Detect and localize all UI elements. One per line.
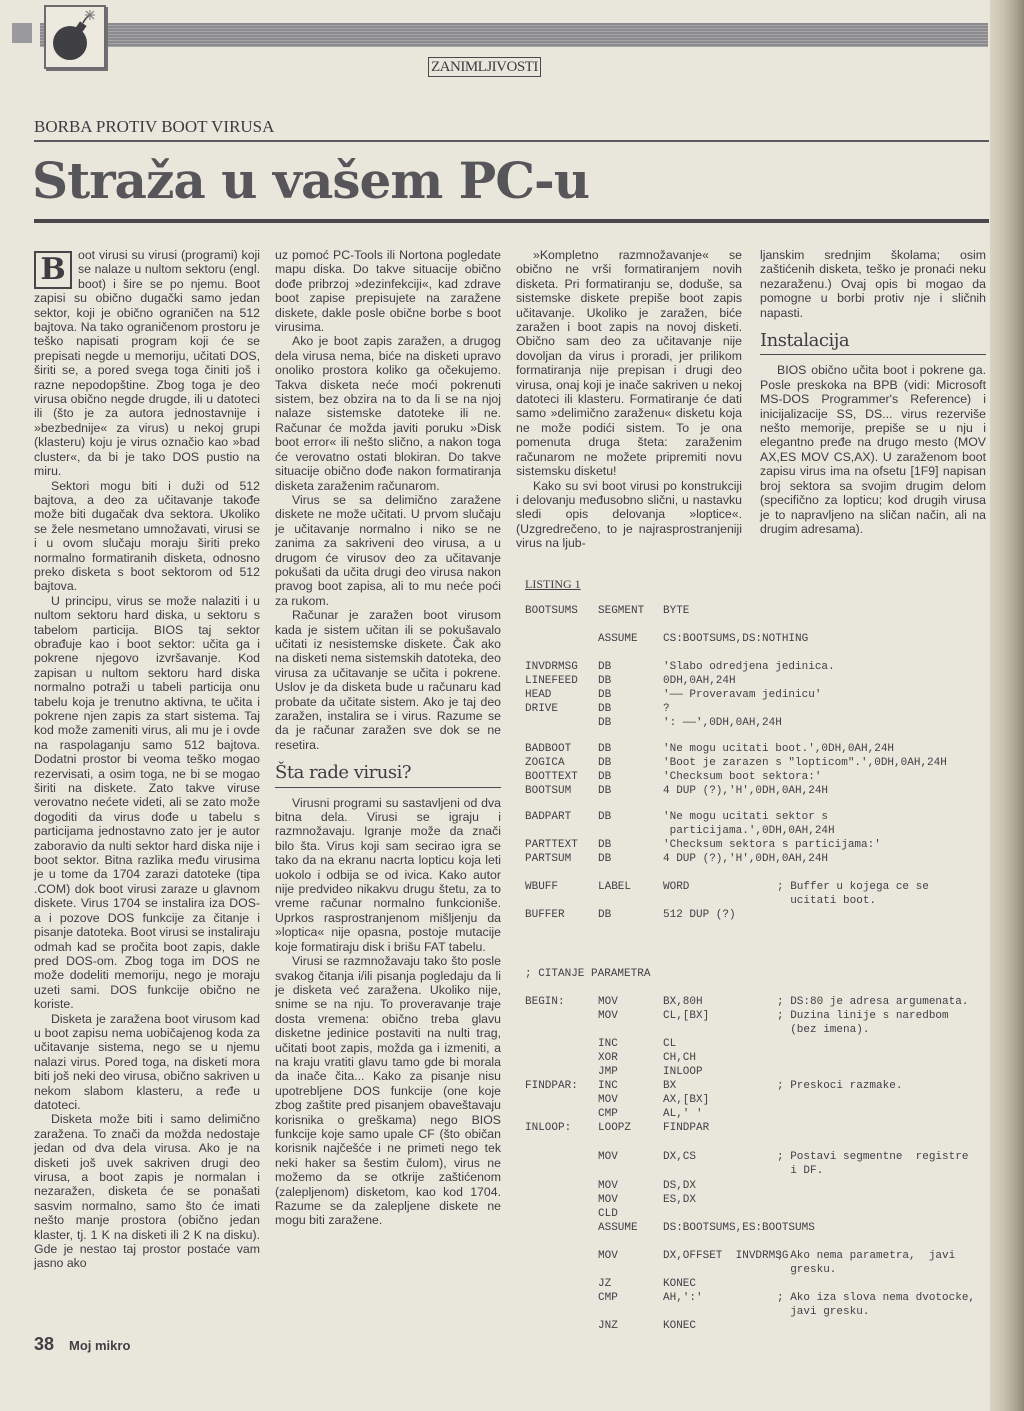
code-comment: ; Preskoci razmake.: [777, 1080, 902, 1092]
code-comment: ; Postavi segmentne registre: [777, 1151, 968, 1163]
code-op: DB: [598, 909, 611, 921]
code-op: DB: [598, 839, 611, 851]
article-column-4: ljanskim srednjim školama; osim zaštićen…: [760, 248, 986, 536]
code-arg: ES,DX: [663, 1194, 696, 1206]
code-comment: ; DS:80 je adresa argumenata.: [777, 996, 968, 1008]
code-arg: AX,[BX]: [663, 1094, 709, 1106]
code-op: DB: [598, 743, 611, 755]
code-arg: 'Ne mogu ucitati sektor s: [663, 811, 828, 823]
code-label: INLOOP:: [525, 1122, 571, 1134]
page-spine-shadow: [990, 0, 1024, 1411]
code-arg: DS,DX: [663, 1180, 696, 1192]
code-arg: 'Slabo odredjena jedinica.: [663, 661, 835, 673]
code-arg: 4 DUP (?),'H',0DH,0AH,24H: [663, 853, 828, 865]
paragraph: Virusni programi su sastavljeni od dva b…: [275, 796, 501, 954]
code-label: BOOTTEXT: [525, 771, 578, 783]
code-op: ASSUME: [598, 633, 638, 645]
code-arg: 0DH,0AH,24H: [663, 675, 736, 687]
code-op: DB: [598, 785, 611, 797]
code-comment: (bez imena).: [777, 1024, 869, 1036]
code-op: JNZ: [598, 1320, 618, 1332]
code-arg: CL,[BX]: [663, 1010, 709, 1022]
code-arg: 512 DUP (?): [663, 909, 736, 921]
section-heading: Instalacija: [760, 334, 986, 355]
paragraph: Disketa je zaražena boot virusom kad u b…: [34, 1012, 260, 1113]
code-op: INC: [598, 1080, 618, 1092]
code-arg: BX: [663, 1080, 676, 1092]
code-arg: CH,CH: [663, 1052, 696, 1064]
section-tag: ZANIMLJIVOSTI: [428, 57, 541, 77]
code-arg: CS:BOOTSUMS,DS:NOTHING: [663, 633, 808, 645]
paragraph: Virus se sa delimično zaražene diskete n…: [275, 493, 501, 608]
code-comment: javi gresku.: [777, 1306, 869, 1318]
code-comment: ; Buffer u kojega ce se: [777, 881, 929, 893]
code-arg: FINDPAR: [663, 1122, 709, 1134]
code-arg: 'Checksum boot sektora:': [663, 771, 821, 783]
code-arg: 4 DUP (?),'H',0DH,0AH,24H: [663, 785, 828, 797]
code-op: DB: [598, 661, 611, 673]
code-op: LOOPZ: [598, 1122, 631, 1134]
code-arg: BYTE: [663, 605, 689, 617]
code-op: JMP: [598, 1066, 618, 1078]
code-op: INC: [598, 1038, 618, 1050]
code-label: PARTTEXT: [525, 839, 578, 851]
paragraph: BIOS obično učita boot i pokrene ga. Pos…: [760, 363, 986, 536]
code-op: DB: [598, 689, 611, 701]
code-arg: 'Boot je zarazen s "lopticom".',0DH,0AH,…: [663, 757, 947, 769]
code-label: BOOTSUMS: [525, 605, 578, 617]
code-arg: INLOOP: [663, 1066, 703, 1078]
code-arg: DX,OFFSET INVDRMSG: [663, 1250, 788, 1262]
code-op: DB: [598, 703, 611, 715]
bomb-icon: [44, 5, 106, 69]
code-label: BUFFER: [525, 909, 565, 921]
divider: [34, 140, 989, 142]
page-number: 38: [34, 1334, 54, 1355]
code-arg: ?: [663, 703, 670, 715]
code-op: DB: [598, 675, 611, 687]
code-label: FINDPAR:: [525, 1080, 578, 1092]
code-label: INVDRMSG: [525, 661, 578, 673]
article-column-3: »Kompletno razmnožavanje« se obično ne v…: [516, 248, 742, 551]
paragraph: Računar je zaražen boot virusom kada je …: [275, 608, 501, 752]
code-label: PARTSUM: [525, 853, 571, 865]
kicker: BORBA PROTIV BOOT VIRUSA: [34, 117, 274, 137]
code-label: BADBOOT: [525, 743, 571, 755]
article-column-1: Boot virusi su virusi (programi) koji se…: [34, 248, 260, 1271]
code-arg: particijama.',0DH,0AH,24H: [663, 825, 835, 837]
code-op: MOV: [598, 1194, 618, 1206]
code-comment: gresku.: [777, 1264, 836, 1276]
code-arg: CL: [663, 1038, 676, 1050]
magazine-page: ZANIMLJIVOSTI BORBA PROTIV BOOT VIRUSA S…: [0, 0, 990, 1411]
paragraph: Ako je boot zapis zaražen, a drugog dela…: [275, 334, 501, 492]
page-title: Straža u vašem PC-u: [32, 150, 589, 212]
code-label: LINEFEED: [525, 675, 578, 687]
code-op: MOV: [598, 1151, 618, 1163]
code-arg: KONEC: [663, 1278, 696, 1290]
paragraph: »Kompletno razmnožavanje« se obično ne v…: [516, 248, 742, 479]
code-arg: WORD: [663, 881, 689, 893]
paragraph: Virusi se razmnožavaju tako što posle sv…: [275, 954, 501, 1228]
paragraph: U principu, virus se može nalaziti i u n…: [34, 594, 260, 1012]
code-op: SEGMENT: [598, 605, 644, 617]
code-op: CLD: [598, 1208, 618, 1220]
code-arg: AH,':': [663, 1292, 703, 1304]
divider: [34, 219, 989, 223]
code-label: ZOGICA: [525, 757, 565, 769]
code-op: MOV: [598, 1094, 618, 1106]
article-column-2: uz pomoć PC-Tools ili Nortona pogledate …: [275, 248, 501, 1228]
header-bar: [40, 23, 988, 47]
code-arg: DX,CS: [663, 1151, 696, 1163]
paragraph: uz pomoć PC-Tools ili Nortona pogledate …: [275, 248, 501, 334]
code-comment: ; Ako iza slova nema dvotocke,: [777, 1292, 975, 1304]
code-comment: i DF.: [777, 1165, 823, 1177]
code-comment: ; Duzina linije s naredbom: [777, 1010, 949, 1022]
code-label: ; CITANJE PARAMETRA: [525, 968, 650, 980]
code-op: DB: [598, 853, 611, 865]
listing-title: LISTING 1: [525, 577, 581, 592]
code-op: DB: [598, 811, 611, 823]
code-label: BEGIN:: [525, 996, 565, 1008]
code-comment: ; Ako nema parametra, javi: [777, 1250, 955, 1262]
code-label: BOOTSUM: [525, 785, 571, 797]
paragraph: Kako su svi boot virusi po konstrukciji …: [516, 479, 742, 551]
paragraph: ljanskim srednjim školama; osim zaštićen…: [760, 248, 986, 320]
header-bar-stub: [12, 23, 32, 43]
code-op: MOV: [598, 1180, 618, 1192]
code-label: HEAD: [525, 689, 551, 701]
code-op: JZ: [598, 1278, 611, 1290]
code-label: DRIVE: [525, 703, 558, 715]
code-arg: '—— Proveravam jedinicu': [663, 689, 821, 701]
code-op: CMP: [598, 1292, 618, 1304]
paragraph: Disketa može biti i samo delimično zaraž…: [34, 1112, 260, 1270]
code-label: BADPART: [525, 811, 571, 823]
code-op: XOR: [598, 1052, 618, 1064]
magazine-name: Moj mikro: [69, 1338, 130, 1353]
code-op: MOV: [598, 1010, 618, 1022]
code-op: DB: [598, 771, 611, 783]
code-arg: KONEC: [663, 1320, 696, 1332]
code-arg: AL,' ': [663, 1108, 703, 1120]
code-op: DB: [598, 717, 611, 729]
code-op: DB: [598, 757, 611, 769]
code-arg: DS:BOOTSUMS,ES:BOOTSUMS: [663, 1222, 815, 1234]
code-op: MOV: [598, 996, 618, 1008]
code-arg: 'Checksum sektora s particijama:': [663, 839, 881, 851]
code-op: LABEL: [598, 881, 631, 893]
code-op: CMP: [598, 1108, 618, 1120]
code-op: ASSUME: [598, 1222, 638, 1234]
drop-cap: B: [34, 251, 72, 289]
section-heading: Šta rade virusi?: [275, 766, 501, 787]
paragraph: Sektori mogu biti i duži od 512 bajtova,…: [34, 479, 260, 594]
code-op: MOV: [598, 1250, 618, 1262]
code-arg: BX,80H: [663, 996, 703, 1008]
code-label: WBUFF: [525, 881, 558, 893]
code-arg: 'Ne mogu ucitati boot.',0DH,0AH,24H: [663, 743, 894, 755]
code-comment: ucitati boot.: [777, 895, 876, 907]
code-arg: ': ——',0DH,0AH,24H: [663, 717, 782, 729]
